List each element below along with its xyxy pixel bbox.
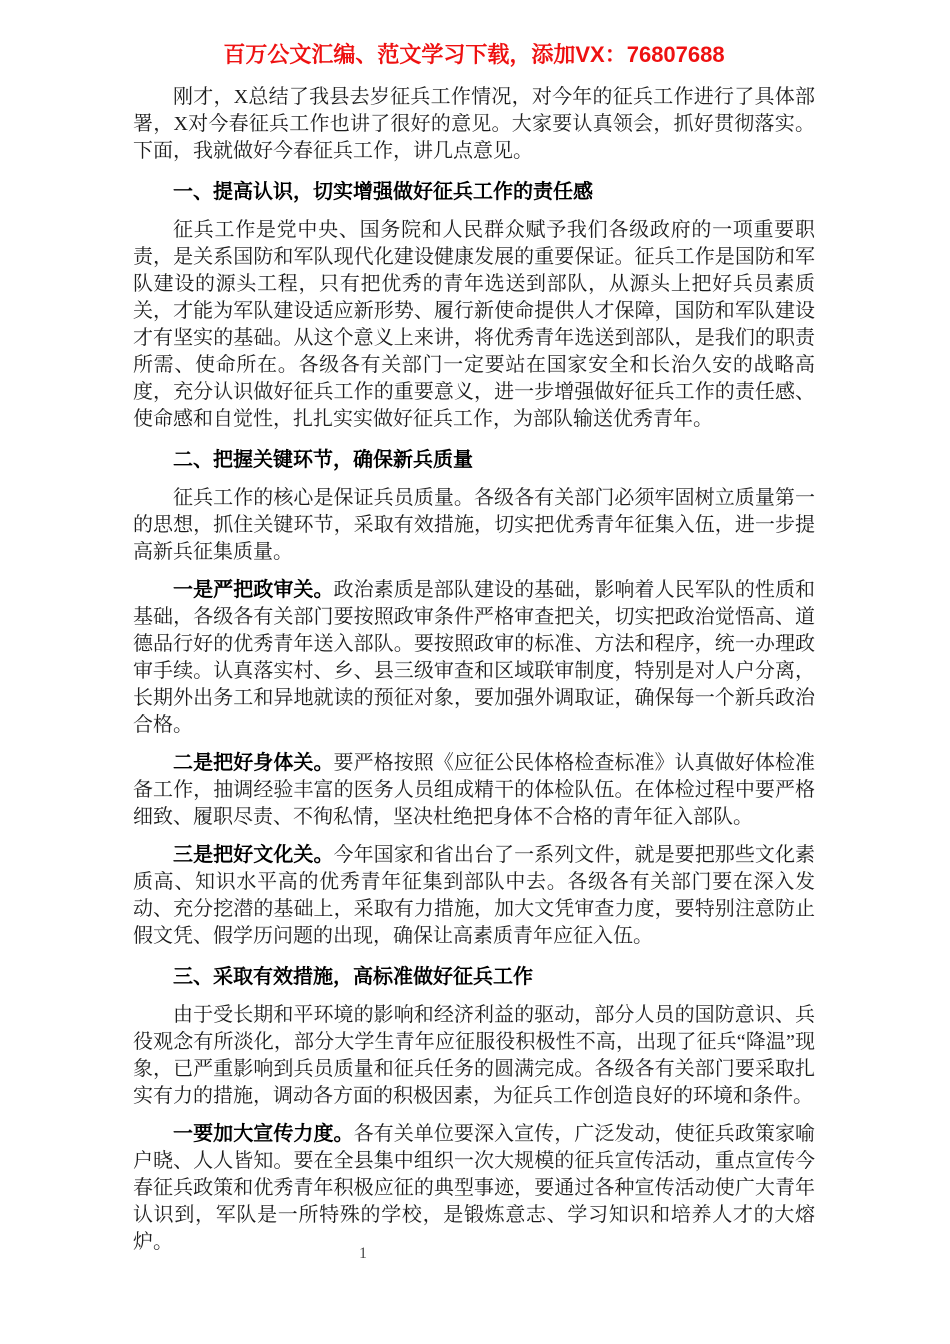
point-1-lead: 一是严把政审关。 xyxy=(173,579,334,601)
section-3-paragraph-1: 由于受长期和平环境的影响和经济利益的驱动，部分人员的国防意识、兵役观念有所淡化，… xyxy=(133,1002,815,1110)
intro-paragraph: 刚才，X总结了我县去岁征兵工作情况，对今年的征兵工作进行了具体部署，X对今春征兵… xyxy=(133,84,815,165)
measure-1-lead: 一要加大宣传力度。 xyxy=(173,1123,354,1145)
section-2-heading: 二、把握关键环节，确保新兵质量 xyxy=(133,447,815,474)
watermark-notice: 百万公文汇编、范文学习下载，添加VX：76807688 xyxy=(133,40,815,70)
document-page: 百万公文汇编、范文学习下载，添加VX：76807688 刚才，X总结了我县去岁征… xyxy=(0,0,950,1344)
section-1-paragraph: 征兵工作是党中央、国务院和人民群众赋予我们各级政府的一项重要职责，是关系国防和军… xyxy=(133,217,815,433)
section-2-point-1: 一是严把政审关。政治素质是部队建设的基础，影响着人民军队的性质和基础，各级各有关… xyxy=(133,577,815,739)
section-2-paragraph-1: 征兵工作的核心是保证兵员质量。各级各有关部门必须牢固树立质量第一的思想，抓住关键… xyxy=(133,485,815,566)
section-1-heading: 一、提高认识，切实增强做好征兵工作的责任感 xyxy=(133,179,815,206)
page-number: 1 xyxy=(0,1244,726,1264)
section-2-point-2: 二是把好身体关。要严格按照《应征公民体格检查标准》认真做好体检准备工作，抽调经验… xyxy=(133,750,815,831)
section-2-point-3: 三是把好文化关。今年国家和省出台了一系列文件，就是要把那些文化素质高、知识水平高… xyxy=(133,842,815,950)
point-2-lead: 二是把好身体关。 xyxy=(173,752,334,774)
point-3-lead: 三是把好文化关。 xyxy=(173,844,334,866)
section-3-heading: 三、采取有效措施，高标准做好征兵工作 xyxy=(133,964,815,991)
section-3-point-1: 一要加大宣传力度。各有关单位要深入宣传，广泛发动，使征兵政策家喻户晓、人人皆知。… xyxy=(133,1121,815,1256)
point-1-text: 政治素质是部队建设的基础，影响着人民军队的性质和基础，各级各有关部门要按照政审条… xyxy=(133,579,815,736)
